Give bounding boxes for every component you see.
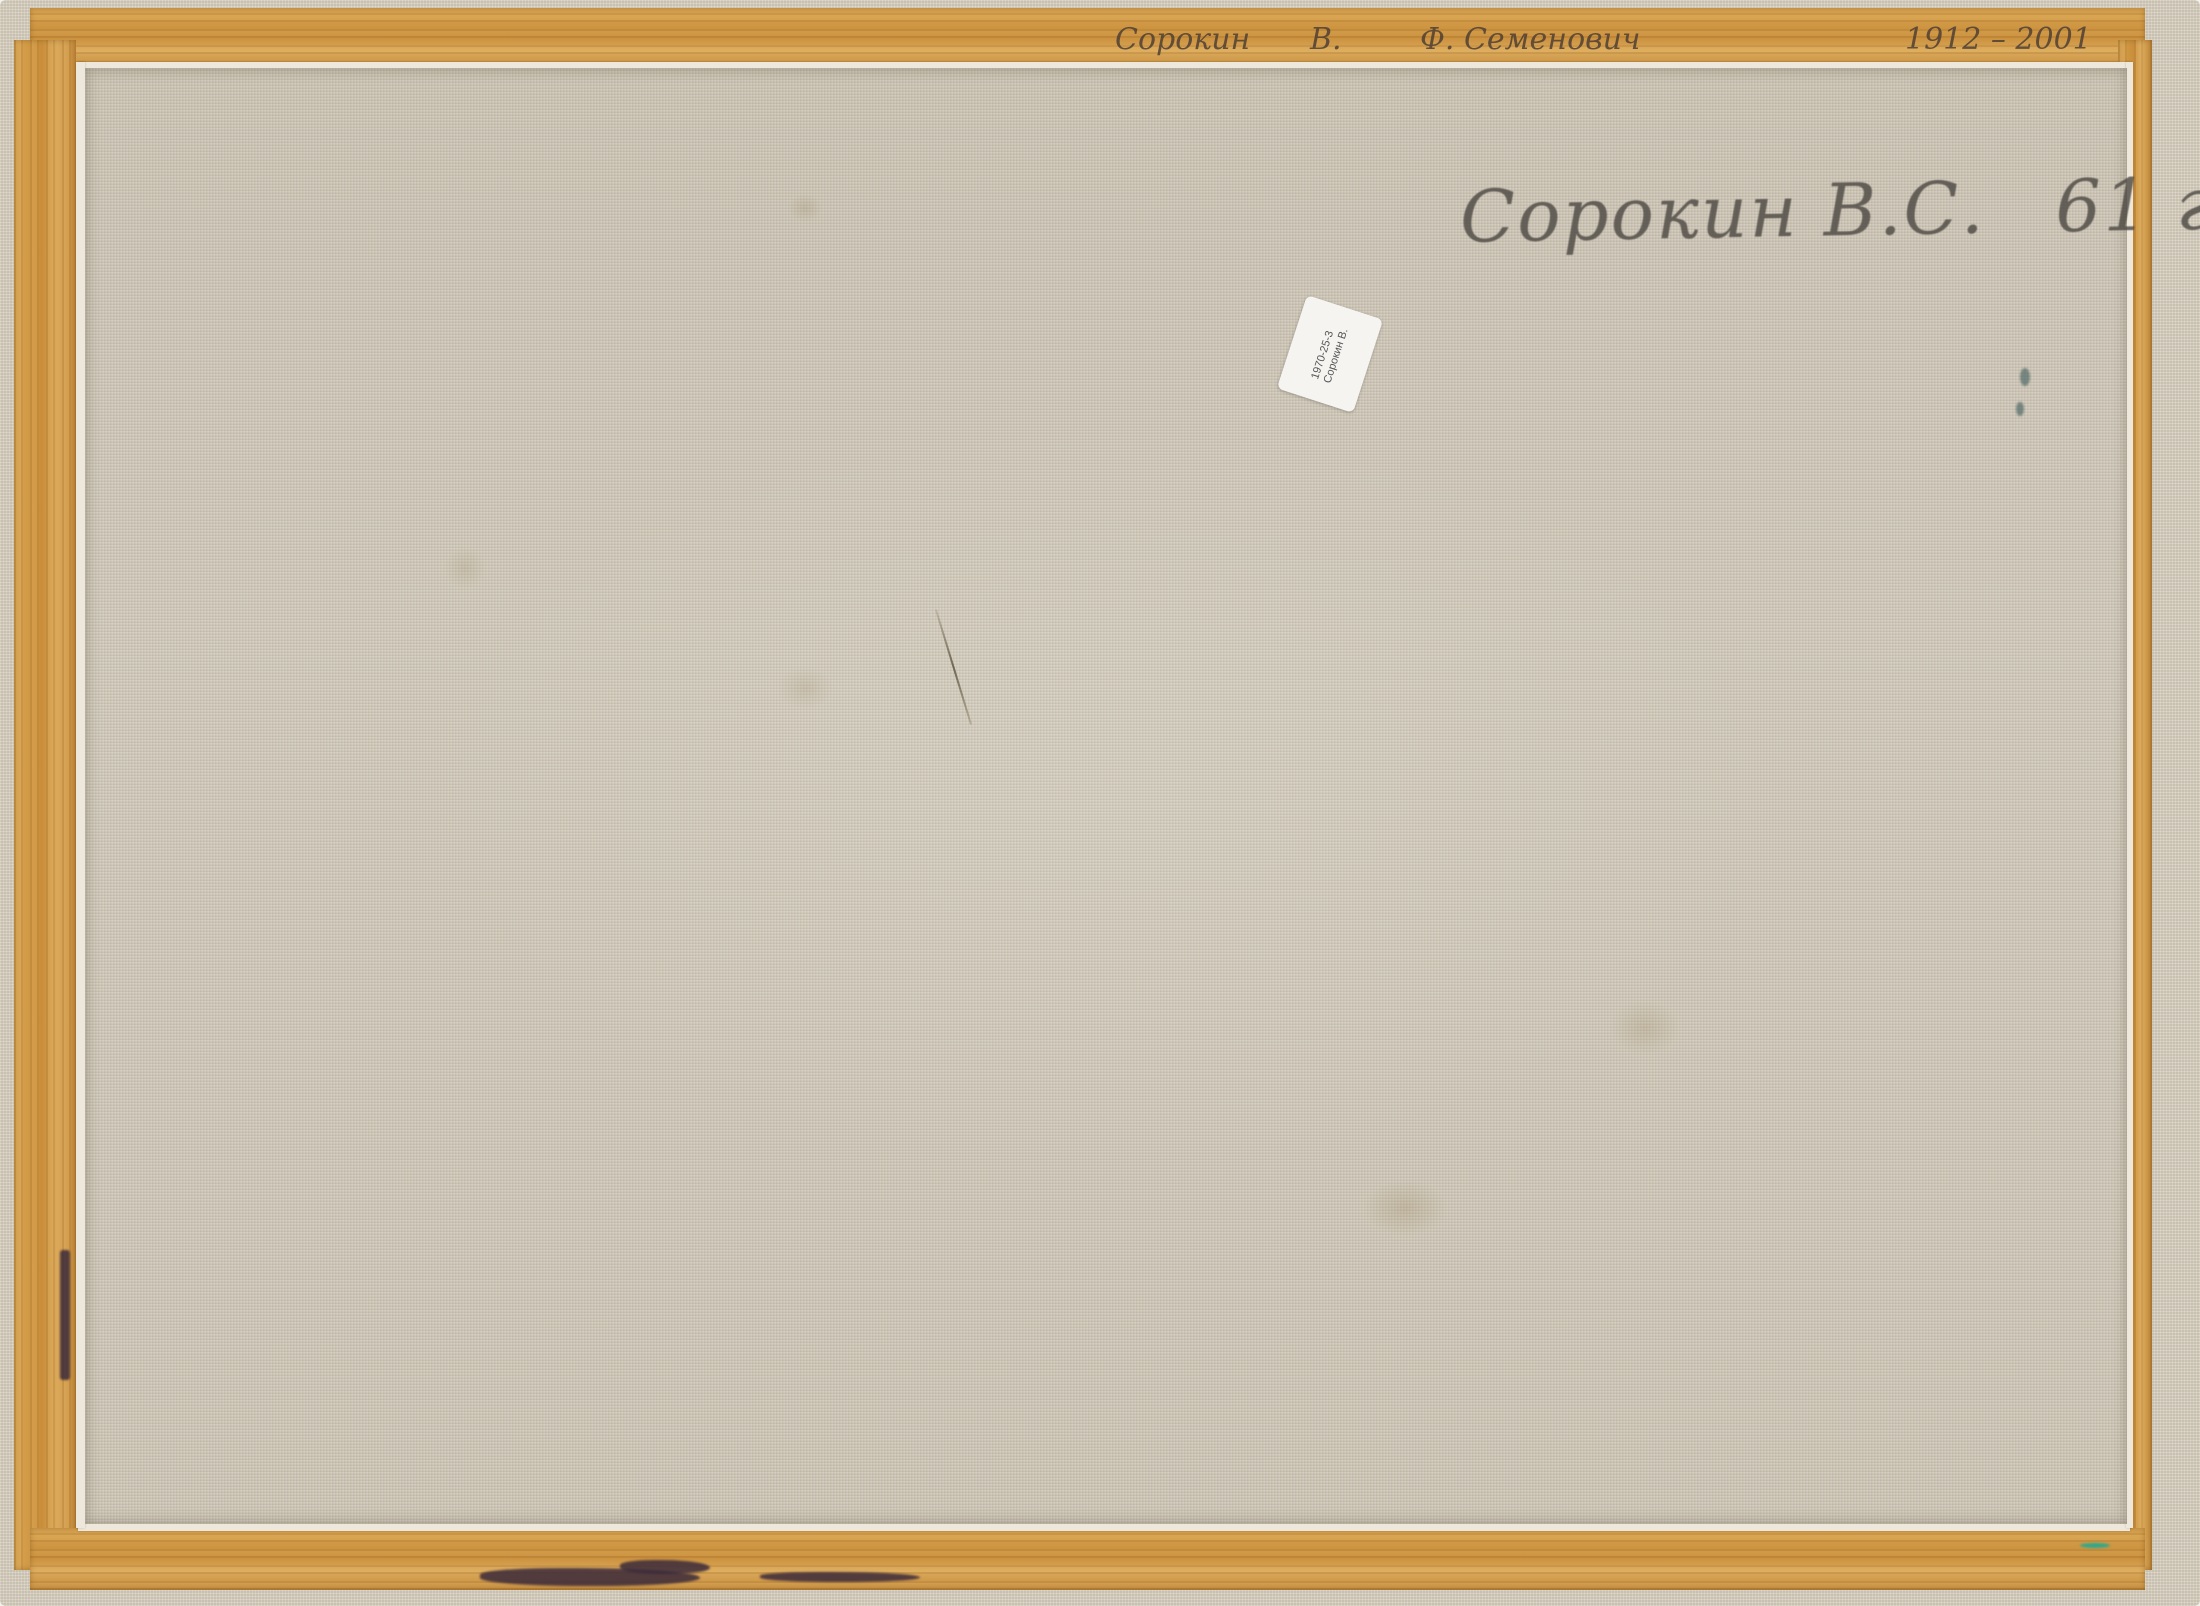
stretcher-inscription-name: Сорокин <box>1115 22 1250 57</box>
stretcher-inscription-patronymic: Ф. Семенович <box>1420 22 1641 57</box>
paint-stain <box>620 1560 710 1574</box>
stretcher-bar-bottom <box>30 1528 2145 1590</box>
signature-name: Сорокин В.С. <box>1459 166 1986 259</box>
gesso-edge-right <box>2126 62 2133 1528</box>
artist-signature: Сорокин В.С.61 г. <box>1459 161 2200 259</box>
paint-mark <box>2020 368 2030 386</box>
paint-stain <box>60 1250 70 1380</box>
stretcher-inscription-initial: В. <box>1310 22 1342 57</box>
canvas-linen-back <box>85 68 2127 1524</box>
gesso-edge-left <box>76 62 85 1528</box>
paint-mark <box>2016 402 2024 416</box>
paint-stain <box>760 1572 920 1582</box>
sticker-text: 1970-25-3 Сорокин В. <box>1309 323 1351 385</box>
teal-paint-mark <box>2080 1543 2110 1548</box>
signature-date: 61 г. <box>2055 161 2200 248</box>
stretcher-bar-top <box>30 8 2145 70</box>
canvas-back-photo: Сорокин В. Ф. Семенович 1912 – 2001 Соро… <box>0 0 2200 1606</box>
stretcher-inscription-years: 1912 – 2001 <box>1905 22 2092 57</box>
